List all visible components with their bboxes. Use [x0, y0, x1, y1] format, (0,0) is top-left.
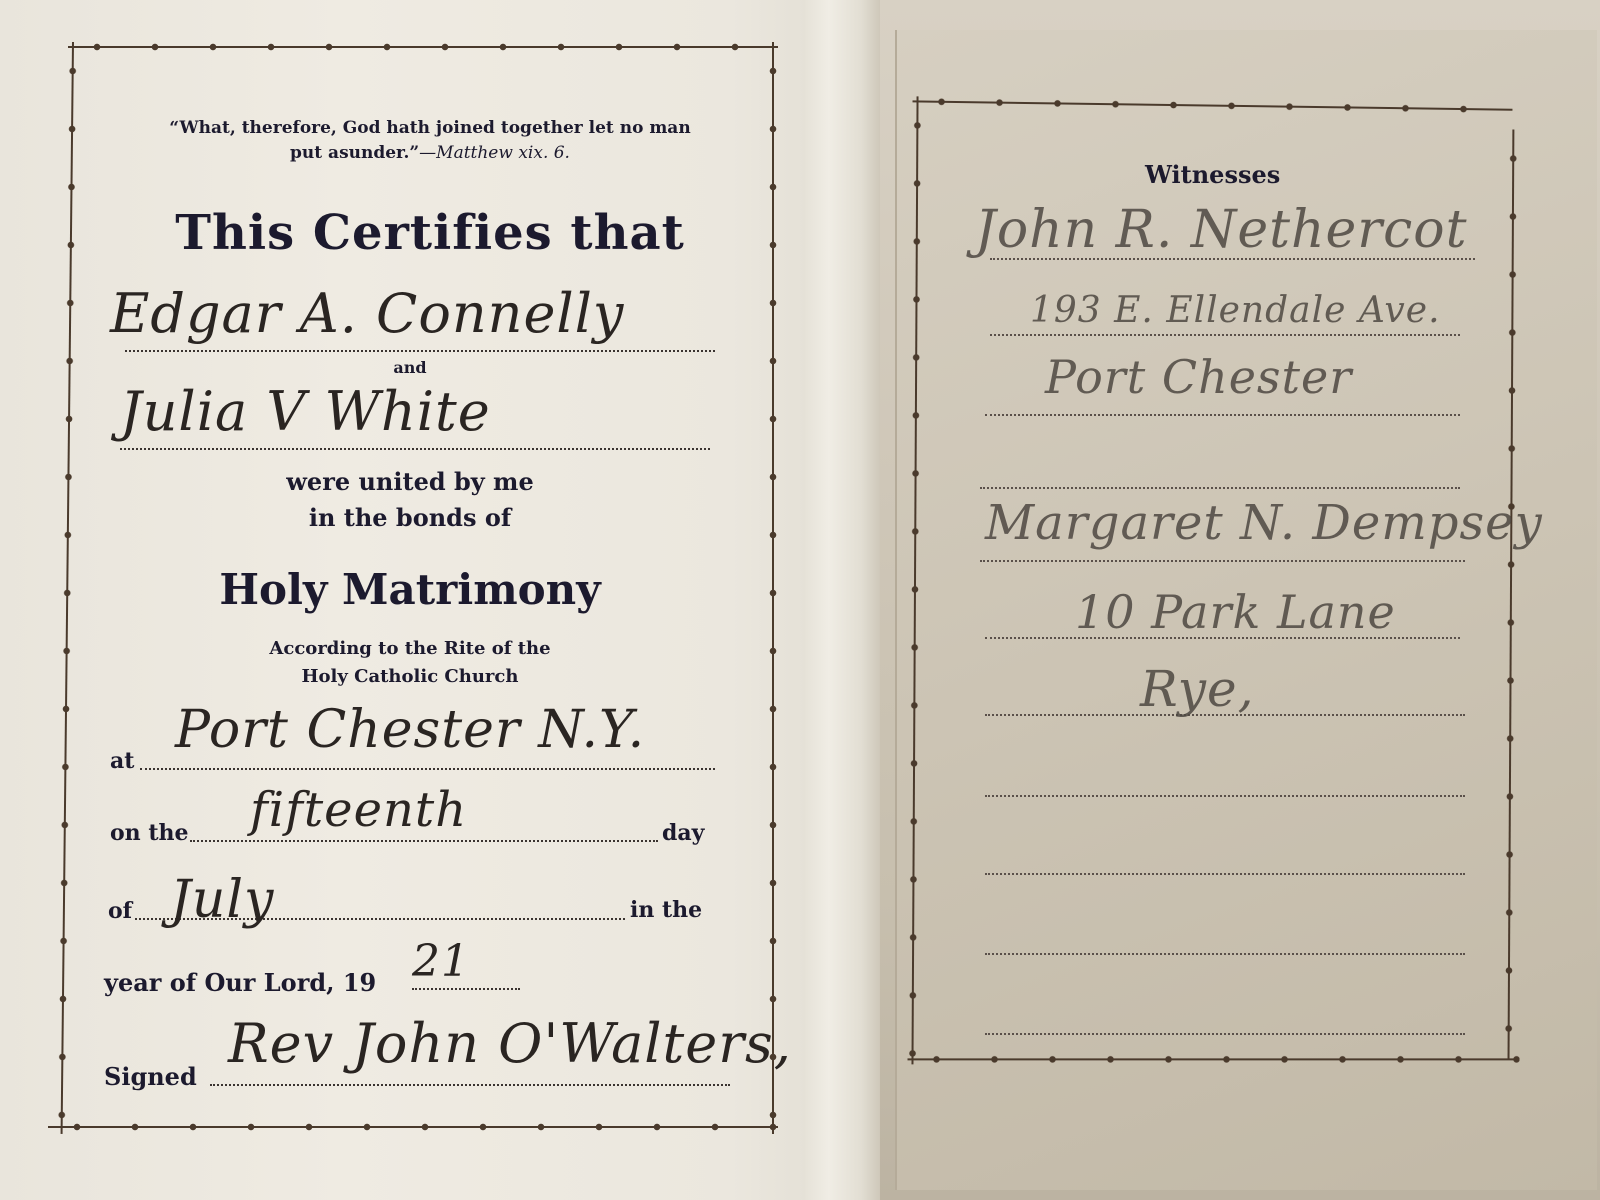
bride-line [120, 448, 710, 450]
groom-line [125, 350, 715, 352]
year-line [412, 988, 520, 990]
bride-name: Julia V White [120, 380, 491, 443]
year-label: year of Our Lord, 19 [104, 968, 376, 997]
border-bottom [908, 1054, 1520, 1064]
month-value: July [170, 870, 274, 930]
united-line1: were united by me [110, 467, 710, 496]
witness-line-8 [985, 795, 1465, 797]
place-value: Port Chester N.Y. [175, 700, 645, 760]
united-line2: in the bonds of [110, 503, 710, 532]
border-bottom [48, 1122, 778, 1132]
witness-line-2 [990, 334, 1460, 336]
rite-line1: According to the Rite of the [110, 638, 710, 659]
witness1-address-line2: Port Chester [1045, 350, 1352, 404]
at-label: at [110, 748, 134, 774]
and-label: and [110, 358, 710, 377]
border-top [68, 42, 778, 52]
border-right [1504, 130, 1519, 1060]
signature-line [210, 1084, 730, 1086]
sacrament-title: Holy Matrimony [110, 565, 710, 614]
epigraph-text: put asunder.” [290, 143, 419, 163]
witness2-name: Margaret N. Dempsey [985, 495, 1543, 551]
year-value: 21 [412, 936, 470, 987]
border-right [768, 42, 778, 1134]
witness1-address-line1: 193 E. Ellendale Ave. [1030, 290, 1441, 331]
witness2-address-line1: 10 Park Lane [1075, 585, 1396, 639]
witness-line-3 [985, 414, 1460, 416]
epigraph-line2: put asunder.”—Matthew xix. 6. [110, 143, 750, 163]
witness-line-11 [985, 1033, 1465, 1035]
day-line [190, 840, 658, 842]
signed-label: Signed [104, 1062, 197, 1091]
of-label: of [108, 898, 132, 924]
witness2-address-line2: Rye, [1140, 660, 1255, 718]
groom-name: Edgar A. Connelly [110, 282, 624, 345]
book-gutter [805, 0, 885, 1200]
certificate-heading: This Certifies that [110, 205, 750, 261]
border-top [912, 96, 1512, 114]
day-value: fifteenth [250, 782, 467, 838]
on-the-label: on the [110, 820, 188, 846]
rite-line2: Holy Catholic Church [110, 666, 710, 687]
witness-line-4 [980, 487, 1460, 489]
witnesses-heading: Witnesses [1145, 160, 1280, 189]
epigraph-line1: “What, therefore, God hath joined togeth… [110, 118, 750, 138]
witness1-name: John R. Nethercot [975, 200, 1468, 260]
epigraph-citation: —Matthew xix. 6. [419, 143, 570, 163]
witness-line-5 [980, 560, 1465, 562]
in-the-label: in the [630, 897, 702, 923]
witness-line-10 [985, 953, 1465, 955]
witness-line-9 [985, 873, 1465, 875]
day-label: day [662, 820, 704, 846]
officiant-signature: Rev John O'Walters, [228, 1012, 792, 1075]
place-line [140, 768, 715, 770]
